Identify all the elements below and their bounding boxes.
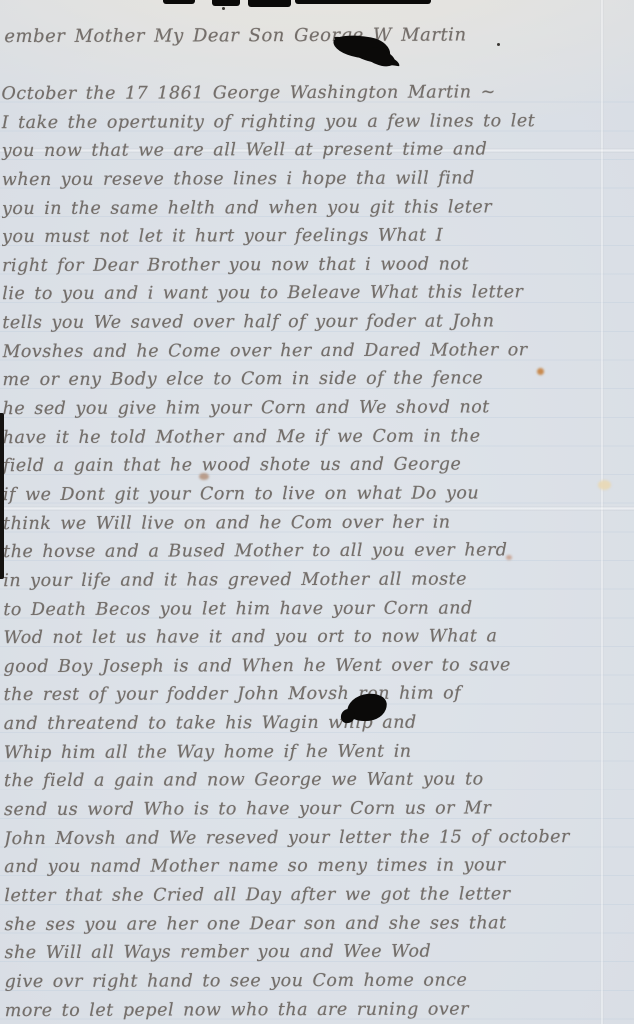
letter-body: October the 17 1861 George Washington Ma… [1, 78, 634, 1024]
letter-line: if we Dont git your Corn to live on what… [3, 479, 633, 510]
letter-line: send us word Who is to have your Corn us… [4, 794, 634, 825]
letter-line: to Death Becos you let him have your Cor… [3, 593, 633, 624]
letter-line: you in the same helth and when you git t… [2, 192, 632, 223]
letter-line: letter that she Cried all Day after we g… [4, 880, 634, 911]
letter-line: me or eny Body elce to Com in side of th… [2, 364, 632, 395]
letter-line: Wod not let us have it and you ort to no… [3, 622, 633, 653]
letter-line: John Movsh and We reseved your letter th… [4, 823, 634, 854]
letter-line: she Will all Ways rember you and Wee Wod [4, 937, 634, 968]
letter-line: good Boy Joseph is and When he Went over… [3, 651, 633, 682]
letter-line: and you namd Mother name so meny times i… [4, 851, 634, 882]
letter-line: and threatend to take his Wagin whip and [4, 708, 634, 739]
top-edge-mark [295, 0, 431, 4]
letter-line: lie to you and i want you to Beleave Wha… [2, 278, 632, 309]
letter-line: have it he told Mother and Me if we Com … [3, 422, 633, 453]
letter-line: Whip him all the Way home if he Went in [4, 737, 634, 768]
letter-line: October the 17 1861 George Washington Ma… [1, 78, 631, 109]
scan-edge-sliver [0, 413, 4, 579]
letter-line: right for Dear Brother you now that i wo… [2, 250, 632, 281]
letter-line: the field a gain and now George we Want … [4, 765, 634, 796]
letter-line: you now that we are all Well at present … [2, 135, 632, 166]
top-edge-mark [248, 0, 291, 7]
letter-line: she ses you are her one Dear son and she… [4, 908, 634, 939]
letter-line: Movshes and he Come over her and Dared M… [2, 336, 632, 367]
letter-line: the rest of your fodder John Movsh ron h… [4, 679, 634, 710]
top-edge-mark [212, 0, 240, 6]
letter-line: when you reseve those lines i hope tha w… [2, 164, 632, 195]
letter-line: give ovr right hand to see you Com home … [5, 966, 634, 997]
top-edge-mark [163, 0, 195, 4]
handwriting-layer: ember Mother My Dear Son George W Martin… [0, 0, 634, 1024]
letter-line: the hovse and a Bused Mother to all you … [3, 536, 633, 567]
letter-line: more to let pepel now who tha are runing… [5, 994, 634, 1024]
letter-line: he sed you give him your Corn and We sho… [3, 393, 633, 424]
letter-page: ember Mother My Dear Son George W Martin… [0, 0, 634, 1024]
letter-line: tells you We saved over half of your fod… [2, 307, 632, 338]
ink-speck [222, 7, 225, 10]
letter-heading: ember Mother My Dear Son George W Martin [4, 21, 624, 52]
ink-speck [497, 43, 500, 46]
letter-line: in your life and it has greved Mother al… [3, 565, 633, 596]
letter-line: I take the opertunity of righting you a … [2, 107, 632, 138]
letter-line: you must not let it hurt your feelings W… [2, 221, 632, 252]
letter-line: field a gain that he wood shote us and G… [3, 450, 633, 481]
letter-line: think we Will live on and he Com over he… [3, 508, 633, 539]
